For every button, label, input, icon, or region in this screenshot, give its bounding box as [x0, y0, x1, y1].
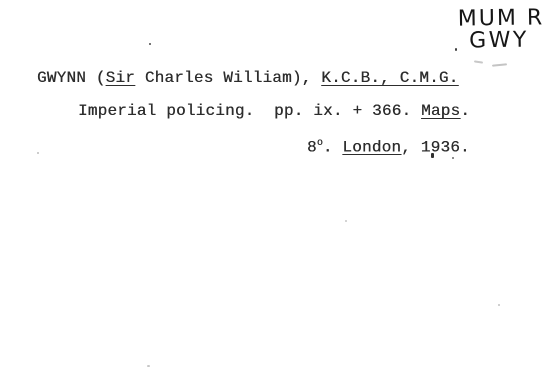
title-terminal-period: .: [460, 102, 470, 120]
shelfmark-handwritten: MUM R GWY: [458, 6, 545, 53]
maps-note: Maps: [421, 102, 460, 120]
ink-speck: [147, 365, 150, 367]
heading-middle: Charles William),: [135, 69, 321, 87]
ink-speck: [37, 152, 39, 154]
catalog-card: GWYNN (Sir Charles William), K.C.B., C.M…: [0, 0, 550, 374]
heading-prefix: GWYNN (: [37, 69, 106, 87]
imprint-separator: .: [323, 138, 343, 156]
shelfmark-line-2: GWY: [469, 28, 545, 53]
publication-place: London: [342, 138, 401, 156]
ink-speck: [345, 220, 347, 222]
title-text: Imperial policing.: [78, 102, 254, 120]
ink-speck: [149, 43, 151, 45]
imprint-line: 8o. London, 1936.: [307, 131, 470, 159]
pencil-mark: [474, 60, 483, 63]
ink-speck: [498, 304, 500, 306]
publication-date: , 1936.: [401, 138, 470, 156]
ink-speck: [455, 48, 457, 51]
collation-text: pp. ix. + 366.: [274, 102, 421, 120]
pencil-mark: [492, 63, 507, 66]
format-octavo-number: 8: [307, 138, 317, 156]
entry-heading-line: GWYNN (Sir Charles William), K.C.B., C.M…: [37, 66, 459, 90]
title-line: Imperial policing. pp. ix. + 366. Maps.: [78, 99, 470, 123]
postnominals: K.C.B., C.M.G.: [321, 69, 458, 87]
honorific-sir: Sir: [106, 69, 135, 87]
title-spacer: [254, 102, 274, 120]
